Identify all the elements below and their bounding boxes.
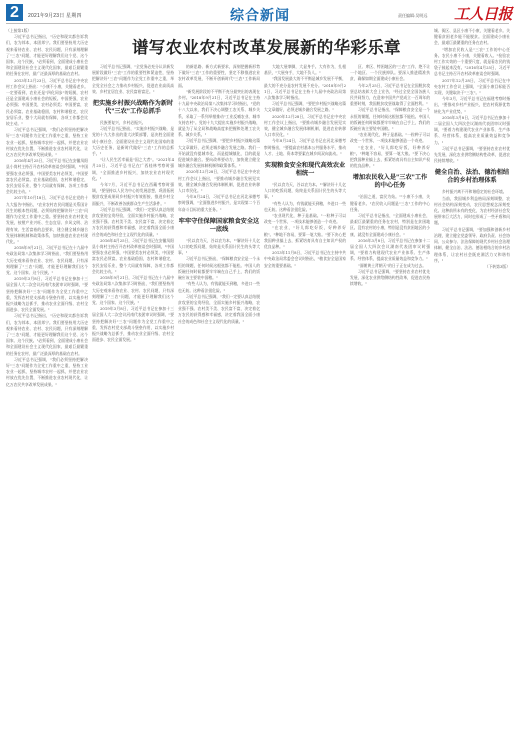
paragraph: 习近平总书记指出，"保障粮食安全是一个永恒的课题，任何时候这根弦都不能松。中国人…	[350, 107, 430, 132]
paragraph: 习近平总书记强调，"我们必须坚持把解决好"三农"问题作为全党工作重中之重，坚持工…	[6, 127, 88, 158]
paragraph: 2018年9月21日，习近平总书记在十九届中央政治局第八次集体学习时指出，"我们…	[92, 275, 174, 306]
header-divider	[6, 23, 509, 24]
paragraph: 习近平总书记强调，"我们一定要认真总结脱贫攻坚的宝贵经验，全面实施乡村振兴战略，…	[178, 294, 260, 325]
paragraph: 习近平总书记指出，"保障粮食安全是一个永恒的课题，任何时候这根弦都不能松。中国人…	[178, 256, 260, 281]
page-number: 2	[6, 4, 23, 21]
paragraph: "有些人认为，有钱就能买到粮，多进口一些也无妨。这种看法很危险。"	[178, 281, 260, 293]
paragraph: "农业现代化，种子是基础。"一粒种子可以改变一个世界，一项技术能够创造一个奇迹。	[264, 213, 346, 225]
paragraph: "在农业，"好儿郎吃好饭，好种养好粮"。"种地不容易，要算一笔大账。"要下决心把…	[264, 225, 346, 250]
paragraph: 习近平总书记强调，"要坚持农业农村优先发展，深化农业供给侧结构性改革，促进农民持…	[350, 269, 430, 288]
article-column-6: 城、街区、县区小康不小康，关键看老乡。关键看贫困老乡能不能脱贫。全面建成小康社会…	[434, 28, 510, 743]
paragraph: 区、库区、特困地区的"三农"工作，绝不让一个地区、一个民族掉队。要深入推进精准扶…	[350, 64, 430, 83]
paragraph: "新发展阶段的不平衡不充分最突出的表现在乡村。"2018年9月21日，习近平总书…	[178, 89, 260, 139]
paragraph: 2020年12月28日，习近平总书记在中央农村工作会议上指出，"要推动城乡融合发…	[178, 169, 260, 194]
subheading: 增加农民收入是"三农"工作的中心任务	[350, 174, 430, 190]
publication-date: 2021年9月23日 星期四	[28, 12, 82, 19]
section-title: 综合新闻	[230, 5, 290, 25]
paragraph: 习近平总书记强调，"我们一定要认真总结脱贫攻坚的宝贵经验，全面实施乡村振兴战略，…	[92, 207, 174, 238]
paragraph: 城、街区、县区小康不小康，关键看老乡。关键看贫困老乡能不能脱贫。全面建成小康社会…	[434, 28, 510, 47]
paragraph: 今年2月25日，习近平总书记在全国脱贫攻坚总结表彰大会上宣告，"经过全党全国各族…	[350, 83, 430, 108]
paragraph: 2019年3月8日，习近平总书记在参加十三届全国人大二次会议河南代表团审议时强调…	[6, 276, 88, 313]
article-headline: 谱写农业农村改革发展新的华彩乐章	[132, 34, 432, 58]
subheading: 健全自治、法治、德治相结合的乡村治理体系	[434, 169, 510, 185]
article-column-3: 的新思路、新方式新要求，深刻把握新形势下做好"三农"工作的重要性，坚定不移推进农…	[178, 64, 260, 743]
paragraph: 2018年9月21日，习近平总书记在十九届中央政治局第八次集体学习时指出，"我们…	[6, 245, 88, 276]
paragraph: 2020年12月28日，习近平总书记在中央农村工作会议上指出，"要推动城乡融合发…	[264, 114, 346, 139]
paragraph: 2016年3月8日，习近平总书记在参加十二届全国人大四次会议湖南代表团审议时强调…	[434, 115, 510, 146]
paragraph: 习近平总书记强调，"要把乡村振兴战略这篇大文章做好，必须走城乡融合发展之路。我们…	[178, 138, 260, 169]
paragraph: 习近平总书记强调，"我们必须坚持把解决好"三农"问题作为全党工作重中之重，坚持工…	[6, 357, 88, 388]
continued-to-note: （下转第3版）	[434, 264, 510, 270]
paragraph: "治国之道，富民为始。""小康不小康，关键看老乡。"农民收入问题是"三农"工作的…	[350, 194, 430, 213]
paragraph: 2017年12月28日，习近平总书记在中央农村工作会议上强调，"全面小康目标能否…	[434, 78, 510, 97]
paragraph: 2016年4月25日，习近平总书记在安徽凤阳县小岗村主持召开农村改革座谈会时强调…	[6, 158, 88, 195]
paragraph: 习近平总书记强调，"要坚持农业农村优先发展，深化农业供给侧结构性改革，促进农民持…	[434, 146, 510, 165]
paragraph: 习近平总书记指出，"历史和现实都告诉我们，农为邦本，本固邦宁。我们要坚持用大历史…	[6, 313, 88, 356]
paragraph: 今年7月，习近平总书记在西藏考察时强调，"要坚持以人民为中心的发展思想，巩固拓展…	[92, 182, 174, 207]
paragraph: "面朝黄土背朝天"的日子正在成为过去。	[350, 263, 430, 269]
paragraph: 乡村振兴离不开和谐稳定的社会环境。	[434, 189, 510, 195]
subheading: 牢牢守住保障国家粮食安全这一底线	[178, 218, 260, 234]
paragraph: 的新思路、新方式新要求，深刻把握新形势下做好"三农"工作的重要性，坚定不移推进农…	[178, 64, 260, 89]
paragraph: 2019年3月8日，习近平总书记在参加十三届全国人大二次会议河南代表团审议时强调…	[92, 306, 174, 343]
paragraph: 习近平总书记指出，"历史和现实都告诉我们，农为邦本，本固邦宁。我们要坚持用大历史…	[6, 34, 88, 77]
paragraph: 习近平总书记强调，"要加强和创新乡村治理，建立健全党委领导、政府负责、社会协同、…	[434, 227, 510, 264]
paragraph: "我国发展最大的不平衡是城乡发展不平衡，最大的不充分是农村发展不充分。"2018…	[264, 76, 346, 101]
paragraph: 2016年4月25日，习近平总书记在安徽凤阳县小岗村主持召开农村改革座谈会时强调…	[92, 238, 174, 275]
paragraph: "农业现代化，种子是基础。"一粒种子可以改变一个世界，一项技术能够创造一个奇迹。	[350, 132, 430, 144]
paragraph: 今年8月24日，习近平总书记在河北承德考察时强调，"全面推进乡村振兴，是实现第二…	[178, 194, 260, 213]
paragraph: 2017年10月18日，习近平总书记在党的十九大报告中指出，"农业农村农民问题是…	[6, 195, 88, 245]
article-column-2: 习近平总书记强调，"全党务必充分认识新发展阶段做好"三农"工作的重要性和紧迫性，…	[92, 64, 174, 743]
paragraph: 当前，我国城乡利益格局深刻调整，农村社会结构深刻变动，农民思想观念深刻变化。这种…	[434, 196, 510, 227]
paragraph: 习近平总书记指出，"实施乡村振兴战略，是党的十九大作出的重大决策部署，是决胜全面…	[92, 126, 174, 157]
article-column-5: 区、库区、特困地区的"三农"工作，绝不让一个地区、一个民族掉队。要深入推进精准扶…	[350, 64, 430, 743]
paragraph: 大地大展拳脚，大显身手。大有作为，扎根基层，"大展身手，大地不负人。"	[264, 64, 346, 76]
subheading: 把实施乡村振兴战略作为新时代"三农"工作总抓手	[92, 100, 174, 116]
paragraph: "让人民生活幸福是"国之大者"。"2021年4月25日，习近平总书记在广西桂林考…	[92, 157, 174, 182]
paragraph: 习近平总书记指出，"全面建成小康社会，最艰巨最繁重的任务在农村，特别是在贫困地区…	[350, 213, 430, 238]
paragraph: 2016年3月8日，习近平总书记在参加十二届全国人大四次会议湖南代表团审议时强调…	[350, 238, 430, 263]
paragraph: 2013年12月23日，习近平总书记在中央农村工作会议上指出："小康不小康，关键…	[6, 78, 88, 128]
paragraph: 今年8月24日，习近平总书记在河北承德考察时指出，"要提高农村基本公共服务水平，…	[264, 138, 346, 157]
editor-credit: 责任编辑:吴明远	[398, 13, 427, 19]
paragraph: 今年3月，习近平总书记在福建考察时指出，"要推动乡村产业振兴，把农村资源优势转化…	[434, 96, 510, 115]
paragraph: "民以食为天，谷以农为本。""解决好十几亿人口的吃饭问题，始终是关系国计民生的头…	[264, 182, 346, 201]
paragraph: 习近平总书记强调，"要把乡村振兴战略这篇大文章做好，必须走城乡融合发展之路。"	[264, 101, 346, 113]
article-column-4: 大地大展拳脚，大显身手。大有作为，扎根基层，"大展身手，大地不负人。" "我国发…	[264, 64, 346, 743]
paragraph: "有些人认为，有钱就能买到粮，多进口一些也无妨。这种看法很危险。"	[264, 201, 346, 213]
paragraph: 习近平总书记强调，"全党务必充分认识新发展阶段做好"三农"工作的重要性和紧迫性，…	[92, 64, 174, 95]
paragraph: "增加农民收入是"三农"工作的中心任务。农民小康不小康，关键看收入。"检验农村工…	[434, 47, 510, 78]
article-column-1: （上接第1版） 习近平总书记指出，"历史和现实都告诉我们，农为邦本，本固邦宁。我…	[6, 28, 88, 743]
subheading: 实现粮食安全和现代高效农业相统一	[264, 162, 346, 178]
newspaper-masthead-logo: 工人日报	[454, 3, 512, 24]
paragraph: "民以食为天，谷以农为本。""解决好十几亿人口的吃饭问题，始终是关系国计民生的头…	[178, 238, 260, 257]
paragraph: 2013年11月8日，习近平总书记在主持中共中央政治局常委会会议时指出，"粮食安…	[264, 250, 346, 269]
page-header: 2 2021年9月23日 星期四 综合新闻 责任编辑:吴明远 工人日报	[0, 0, 515, 24]
paragraph: "在农业，"好儿郎吃好饭，好种养好粮"。"种地不容易，要算一笔大账。"要下决心把…	[350, 145, 430, 170]
